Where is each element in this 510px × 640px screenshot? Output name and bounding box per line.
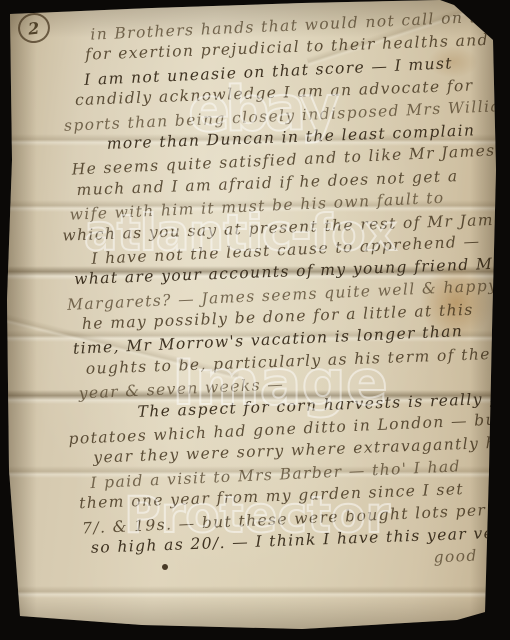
letter-page: 2 in Brothers hands that would not call … — [2, 0, 500, 634]
page-number: 2 — [27, 18, 40, 38]
handwriting-line: good — [433, 545, 510, 571]
photo-background: 2 in Brothers hands that would not call … — [0, 0, 510, 640]
fold-crease — [2, 586, 500, 598]
handwritten-letter-body: in Brothers hands that would not call on… — [44, 8, 510, 585]
